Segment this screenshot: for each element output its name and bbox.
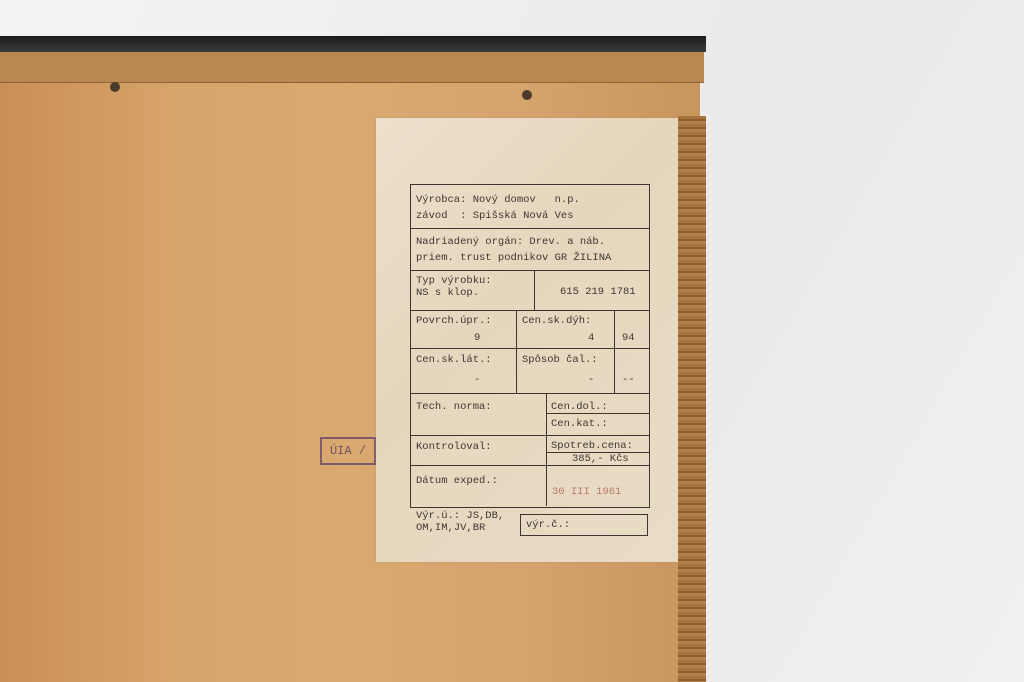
product-type-value: NS s klop. bbox=[416, 287, 479, 299]
veneer-label: Cen.sk.dýh: bbox=[522, 315, 591, 327]
nail-head bbox=[522, 90, 532, 100]
ship-date-label: Dátum exped.: bbox=[416, 475, 498, 487]
surface-value: 9 bbox=[474, 332, 480, 344]
grid-line bbox=[534, 270, 535, 310]
veneer-value: 4 bbox=[588, 332, 594, 344]
manufacturer-line1: Výrobca: Nový domov n.p. bbox=[416, 194, 580, 206]
grid-line bbox=[614, 310, 615, 393]
panel-top-rail bbox=[0, 52, 704, 83]
glass-top-edge bbox=[0, 36, 706, 52]
upholstery-value: - bbox=[588, 374, 594, 386]
grid-line bbox=[516, 310, 517, 393]
upholstery-extra: -- bbox=[622, 374, 635, 386]
manufacturer-label: Výrobca: Nový domov n.p. závod : Spišská… bbox=[376, 118, 678, 562]
grid-line bbox=[546, 393, 547, 506]
price-dol-label: Cen.dol.: bbox=[551, 401, 608, 413]
retail-price-label: Spotreb.cena: bbox=[551, 440, 633, 452]
grid-line bbox=[410, 228, 650, 229]
grid-line bbox=[410, 270, 650, 271]
grid-line bbox=[410, 435, 650, 436]
fabric-label: Cen.sk.lát.: bbox=[416, 354, 492, 366]
retail-price-value: 385,- Kčs bbox=[572, 453, 629, 465]
fabric-value: - bbox=[474, 374, 480, 386]
grid-line bbox=[546, 413, 650, 414]
workers-line1: Výr.ú.: JS,DB, bbox=[416, 510, 504, 522]
ship-date-value: 30 III 1961 bbox=[552, 486, 621, 498]
price-kat-label: Cen.kat.: bbox=[551, 418, 608, 430]
workers-line2: OM,IM,JV,BR bbox=[416, 522, 485, 534]
upholstery-label: Spôsob čal.: bbox=[522, 354, 598, 366]
chipboard-side-edge bbox=[678, 116, 706, 682]
grid-line bbox=[410, 465, 650, 466]
nail-head bbox=[110, 82, 120, 92]
ink-stamp: ÚIA / bbox=[320, 437, 376, 465]
veneer-extra: 94 bbox=[622, 332, 635, 344]
inspected-label: Kontroloval: bbox=[416, 441, 492, 453]
manufacturer-line2: závod : Spišská Nová Ves bbox=[416, 210, 574, 222]
authority-line1: Nadriadený orgán: Drev. a náb. bbox=[416, 236, 605, 248]
authority-line2: priem. trust podnikov GR ŽILINA bbox=[416, 252, 611, 264]
tech-norm-label: Tech. norma: bbox=[416, 401, 492, 413]
serial-label: výr.č.: bbox=[526, 519, 570, 531]
surface-label: Povrch.úpr.: bbox=[416, 315, 492, 327]
grid-line bbox=[410, 393, 650, 394]
product-type-label: Typ výrobku: bbox=[416, 275, 492, 287]
product-code: 615 219 1781 bbox=[560, 286, 636, 298]
